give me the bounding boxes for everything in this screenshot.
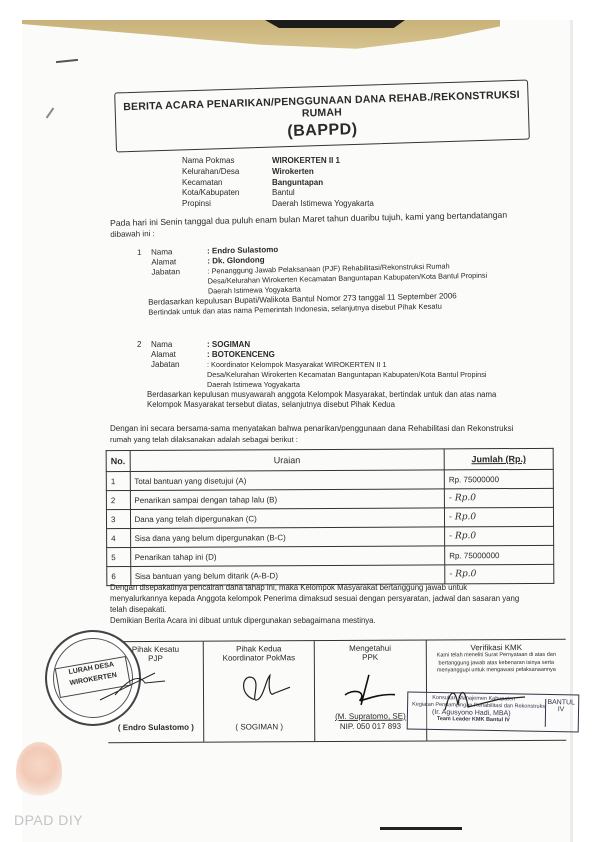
info-label: Kecamatan	[182, 178, 272, 189]
signature-pihak-kedua: Pihak Kedua Koordinator PokMas ( SOGIMAN…	[204, 641, 315, 742]
statement-paragraph: Dengan ini secara bersama-sama menyataka…	[110, 423, 513, 445]
closing-line: telah disepakati.	[110, 604, 519, 615]
party-position-line: Desa/Kelurahan Wirokerten Kecamatan Bang…	[137, 370, 496, 380]
party-number: 1	[137, 248, 151, 258]
row-no: 4	[107, 529, 131, 548]
info-row: KecamatanBanguntapan	[182, 178, 374, 189]
row-uraian: Penarikan tahap ini (D)	[130, 546, 445, 567]
info-value: Banguntapan	[272, 178, 323, 189]
info-label: Kelurahan/Desa	[182, 167, 272, 178]
table-row: 1Total bantuan yang disetujui (A)Rp. 750…	[106, 469, 553, 490]
row-no: 2	[106, 491, 130, 510]
header-no: No.	[106, 451, 130, 472]
table-row: 3Dana yang telah dipergunakan (C)- Rp.0	[106, 507, 553, 528]
row-jumlah: Rp. 75000000	[445, 545, 554, 565]
party-position: : Koordinator Kelompok Masyarakat WIROKE…	[207, 360, 387, 370]
signatory-name: ( SOGIMAN )	[205, 722, 314, 732]
row-jumlah: - Rp.0	[445, 564, 554, 584]
info-row: Nama PokmasWIROKERTEN II 1	[182, 156, 374, 167]
field-label: Nama	[151, 340, 207, 350]
row-no: 5	[107, 548, 131, 567]
statement-line: Dengan ini secara bersama-sama menyataka…	[110, 423, 513, 434]
party-name: : SOGIMAN	[207, 340, 250, 350]
header-uraian: Uraian	[130, 449, 445, 472]
field-label: Alamat	[151, 350, 207, 360]
row-uraian: Sisa dana yang belum dipergunakan (B-C)	[130, 527, 445, 548]
info-value: Wirokerten	[272, 167, 314, 178]
info-value: Daerah Istimewa Yogyakarta	[272, 199, 374, 210]
signature-scribble	[234, 669, 294, 709]
field-label: Jabatan	[151, 360, 207, 370]
party-position-line: Daerah Istimewa Yogyakarta	[137, 380, 496, 390]
table-header-row: No. Uraian Jumlah (Rp.)	[106, 448, 553, 471]
signature-subtitle: Koordinator PokMas	[204, 653, 313, 663]
scan-shadow	[265, 20, 405, 28]
stamp-side: BANTUL IV	[545, 699, 576, 728]
row-uraian: Dana yang telah dipergunakan (C)	[130, 508, 445, 529]
info-row: PropinsiDaerah Istimewa Yogyakarta	[182, 199, 374, 210]
dpad-logo	[16, 742, 62, 800]
fund-table: No. Uraian Jumlah (Rp.) 1Total bantuan y…	[106, 448, 555, 586]
signature-scribble	[440, 685, 530, 715]
info-row: Kota/KabupatenBantul	[182, 188, 374, 199]
pihak-kesatu: 1Nama: Endro Sulastomo Alamat: Dk. Glond…	[137, 241, 488, 318]
info-label: Nama Pokmas	[182, 156, 272, 167]
closing-line: menyalurkannya kepada Anggota kelompok P…	[110, 593, 519, 604]
party-address: : BOTOKENCENG	[207, 350, 275, 360]
table-row: 4Sisa dana yang belum dipergunakan (B-C)…	[107, 526, 554, 547]
signature-subtitle: PPK	[314, 653, 425, 663]
row-jumlah: Rp. 75000000	[444, 469, 553, 489]
field-label: Jabatan	[151, 267, 207, 278]
signature-scribble	[95, 665, 175, 705]
header-jumlah: Jumlah (Rp.)	[444, 448, 553, 470]
row-uraian: Penarikan sampai dengan tahap lalu (B)	[130, 489, 445, 510]
statement-line: rumah yang telah dilaksanakan adalah seb…	[110, 434, 513, 445]
signatory-name: ( Endro Sulastomo )	[108, 723, 203, 732]
party-basis: Berdasarkan kepulusan musyawarah anggota…	[137, 390, 496, 400]
row-jumlah: - Rp.0	[445, 526, 554, 546]
table-row: 5Penarikan tahap ini (D)Rp. 75000000	[107, 545, 554, 566]
watermark: DPAD DIY	[14, 812, 83, 828]
pihak-kedua: 2Nama: SOGIMAN Alamat: BOTOKENCENG Jabat…	[137, 340, 496, 410]
info-label: Propinsi	[182, 199, 272, 210]
row-no: 3	[106, 510, 130, 529]
closing-paragraph: Dengan disepakatinya pencairan dana taha…	[110, 582, 519, 626]
closing-line: Demikian Berita Acara ini dibuat untuk d…	[110, 615, 519, 626]
footer-bar	[380, 827, 462, 830]
verification-statement: Kami telah meneliti Surat Pernyataan di …	[427, 652, 566, 675]
info-value: Bantul	[272, 188, 295, 199]
row-jumlah: - Rp.0	[444, 507, 553, 527]
party-basis: Kelompok Masyarakat tersebut diatas, sel…	[137, 400, 496, 410]
pokmas-info: Nama PokmasWIROKERTEN II 1 Kelurahan/Des…	[182, 156, 374, 210]
row-uraian: Total bantuan yang disetujui (A)	[130, 470, 445, 491]
info-row: Kelurahan/DesaWirokerten	[182, 167, 374, 178]
row-no: 1	[106, 472, 130, 491]
row-jumlah: - Rp.0	[444, 488, 553, 508]
signature-scribble	[335, 671, 405, 711]
party-number: 2	[137, 340, 151, 350]
info-value: WIROKERTEN II 1	[272, 156, 340, 167]
closing-line: Dengan disepakatinya pencairan dana taha…	[110, 582, 519, 593]
table-row: 2Penarikan sampai dengan tahap lalu (B)-…	[106, 488, 553, 509]
info-label: Kota/Kabupaten	[182, 188, 272, 199]
